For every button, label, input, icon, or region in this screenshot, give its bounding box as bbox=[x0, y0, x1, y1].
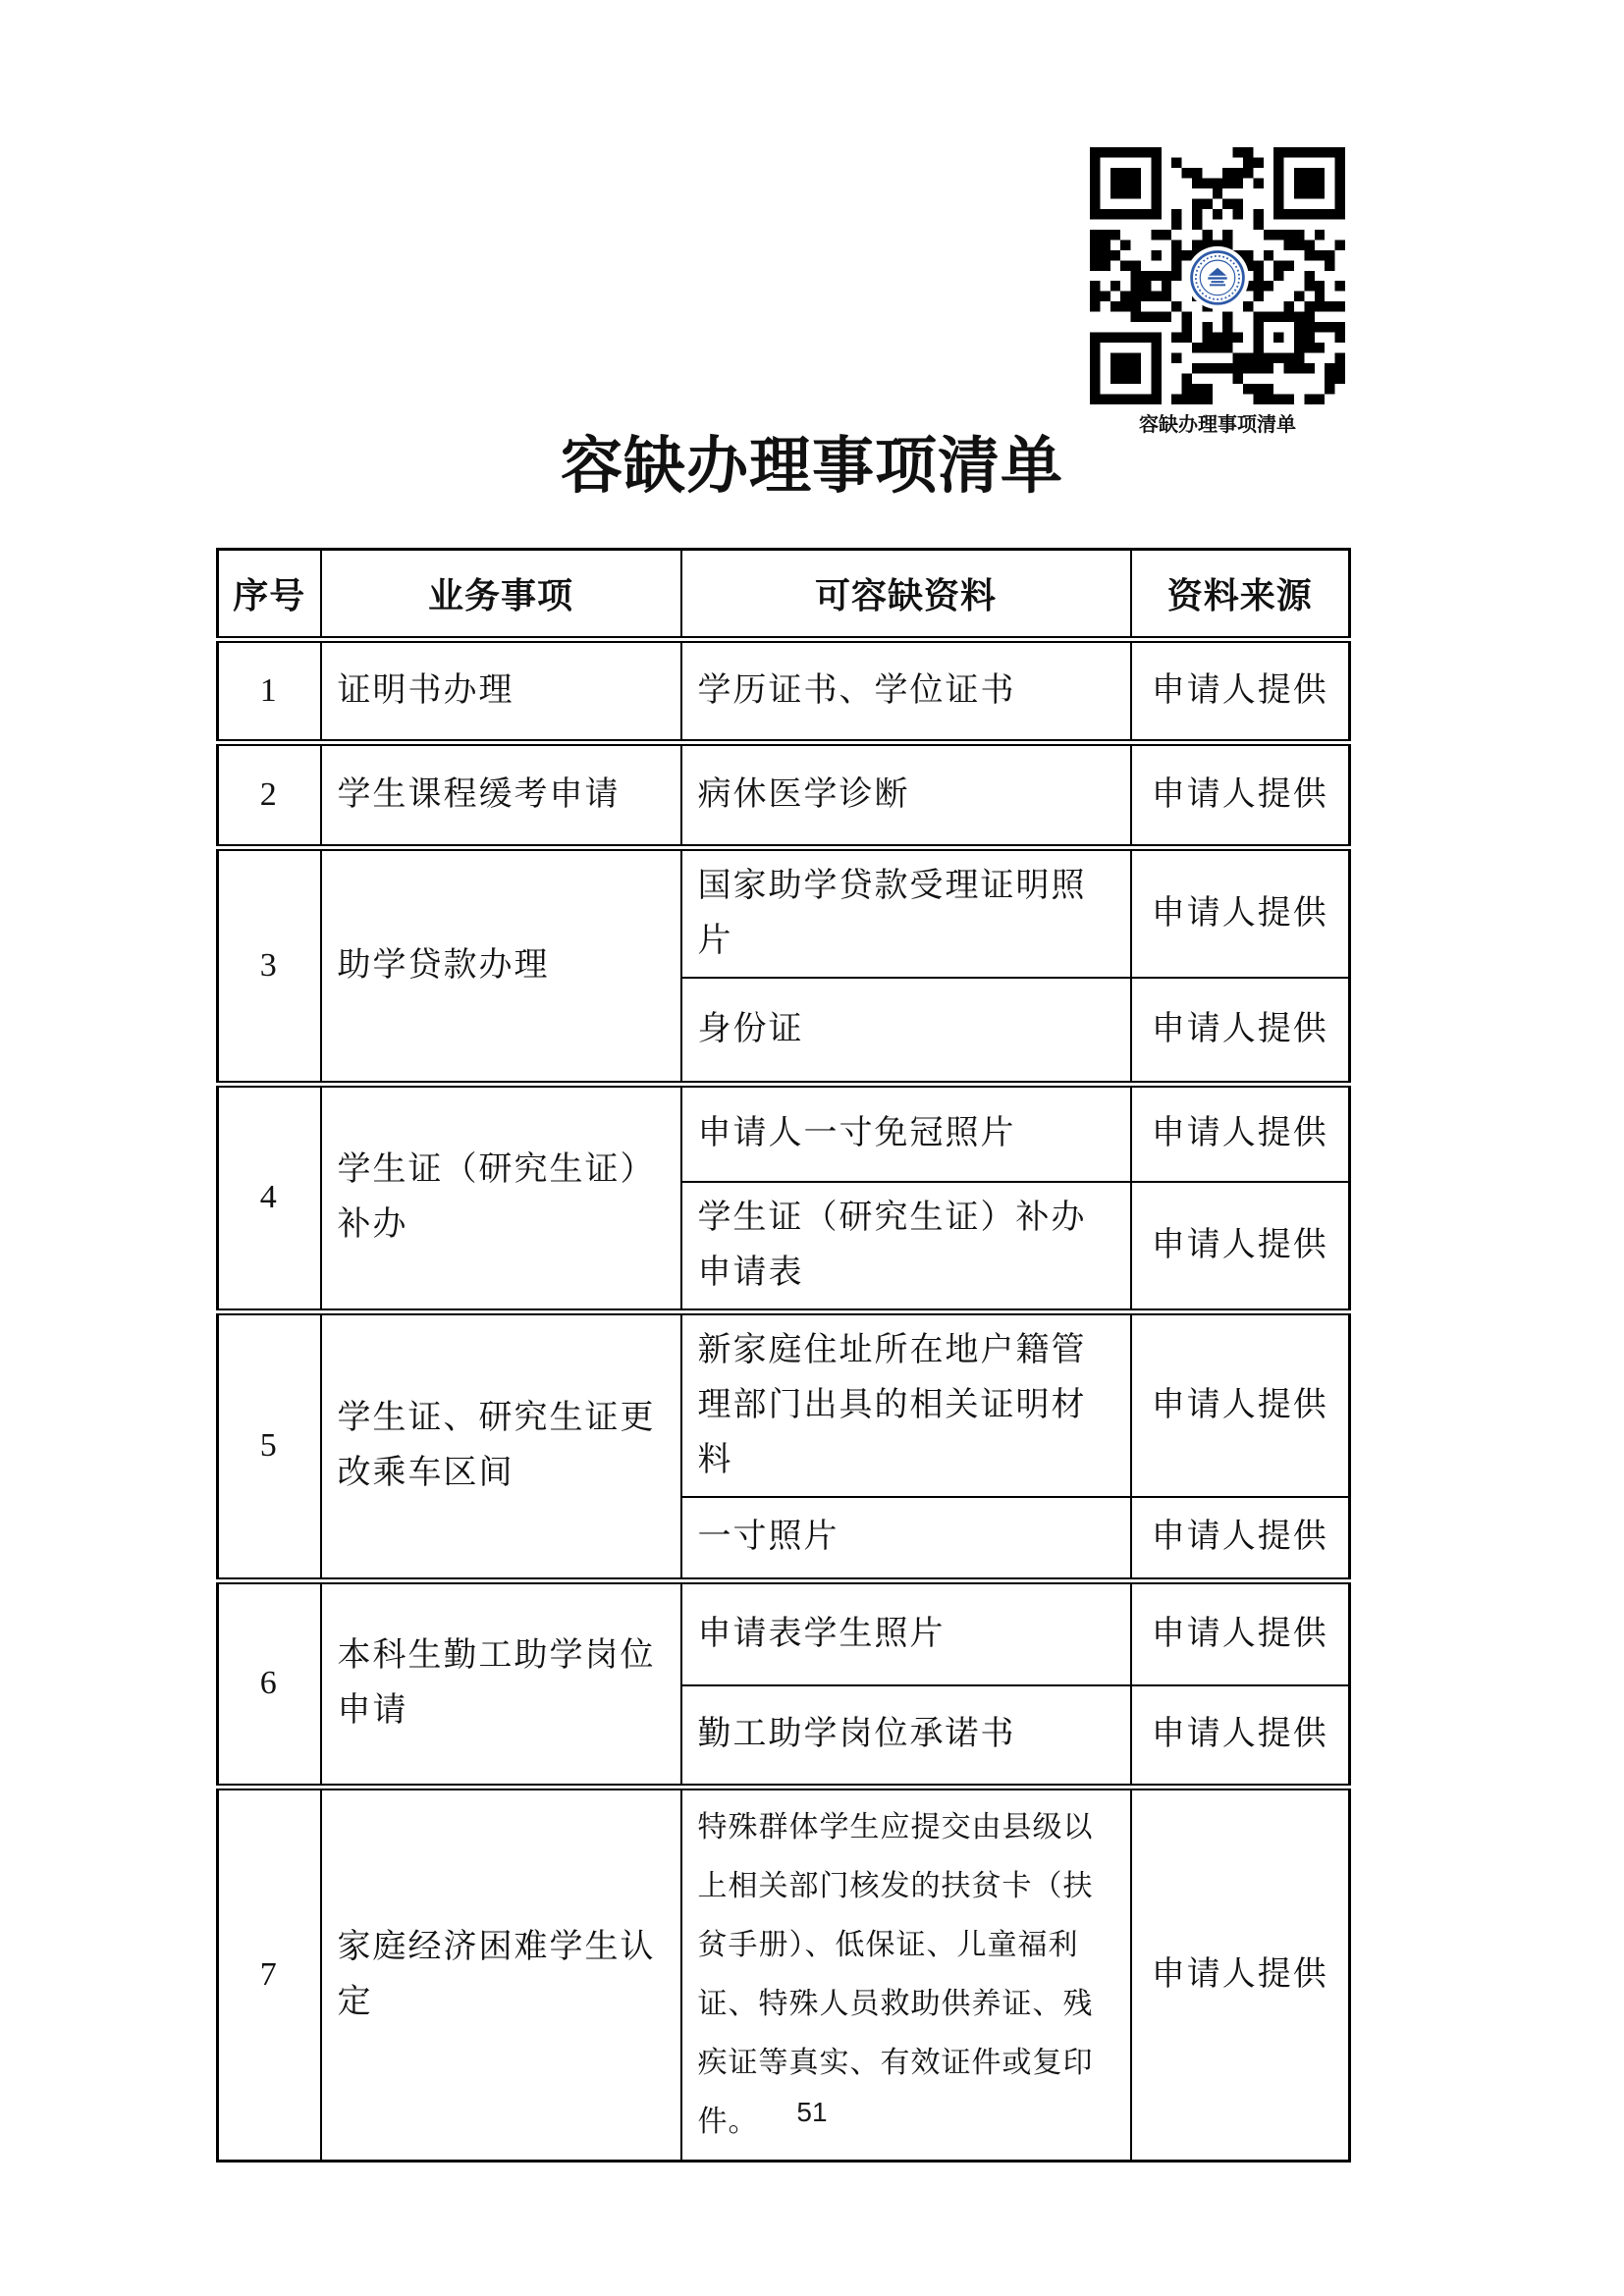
row-number-cell: 2 bbox=[218, 743, 321, 848]
business-item-cell: 本科生勤工助学岗位申请 bbox=[321, 1580, 681, 1787]
row-number-cell: 6 bbox=[218, 1580, 321, 1787]
items-table: 序号业务事项可容缺资料资料来源 1证明书办理学历证书、学位证书申请人提供2学生课… bbox=[216, 548, 1351, 2163]
table-header: 序号业务事项可容缺资料资料来源 bbox=[218, 550, 1350, 640]
qr-logo bbox=[1186, 246, 1249, 309]
material-cell: 申请表学生照片 bbox=[681, 1580, 1131, 1685]
source-cell: 申请人提供 bbox=[1131, 1685, 1350, 1787]
business-item-cell: 证明书办理 bbox=[321, 640, 681, 743]
qr-code bbox=[1090, 147, 1345, 404]
material-cell: 勤工助学岗位承诺书 bbox=[681, 1685, 1131, 1787]
business-item-cell: 学生证、研究生证更改乘车区间 bbox=[321, 1312, 681, 1581]
source-cell: 申请人提供 bbox=[1131, 743, 1350, 848]
column-header-0: 序号 bbox=[218, 550, 321, 640]
page-title: 容缺办理事项清单 bbox=[0, 416, 1624, 506]
source-cell: 申请人提供 bbox=[1131, 1182, 1350, 1312]
source-cell: 申请人提供 bbox=[1131, 640, 1350, 743]
business-item-cell: 学生课程缓考申请 bbox=[321, 743, 681, 848]
material-cell: 国家助学贷款受理证明照片 bbox=[681, 848, 1131, 979]
table-body: 1证明书办理学历证书、学位证书申请人提供2学生课程缓考申请病休医学诊断申请人提供… bbox=[218, 640, 1350, 2162]
material-cell: 一寸照片 bbox=[681, 1497, 1131, 1580]
material-cell: 学历证书、学位证书 bbox=[681, 640, 1131, 743]
source-cell: 申请人提供 bbox=[1131, 1312, 1350, 1498]
material-cell: 申请人一寸免冠照片 bbox=[681, 1084, 1131, 1182]
source-cell: 申请人提供 bbox=[1131, 848, 1350, 979]
row-number-cell: 4 bbox=[218, 1084, 321, 1312]
business-item-cell: 学生证（研究生证）补办 bbox=[321, 1084, 681, 1312]
source-cell: 申请人提供 bbox=[1131, 1580, 1350, 1685]
column-header-2: 可容缺资料 bbox=[681, 550, 1131, 640]
row-number-cell: 3 bbox=[218, 848, 321, 1085]
material-cell: 新家庭住址所在地户籍管理部门出具的相关证明材料 bbox=[681, 1312, 1131, 1498]
document-page: 容缺办理事项清单 容缺办理事项清单 序号业务事项可容缺资料资料来源 1证明书办理… bbox=[0, 0, 1624, 2296]
column-header-1: 业务事项 bbox=[321, 550, 681, 640]
row-number-cell: 5 bbox=[218, 1312, 321, 1581]
page-number: 51 bbox=[0, 2097, 1624, 2128]
source-cell: 申请人提供 bbox=[1131, 1084, 1350, 1182]
row-number-cell: 1 bbox=[218, 640, 321, 743]
material-cell: 身份证 bbox=[681, 978, 1131, 1084]
qr-block: 容缺办理事项清单 bbox=[1090, 147, 1345, 437]
university-seal-icon bbox=[1190, 250, 1245, 305]
material-cell: 病休医学诊断 bbox=[681, 743, 1131, 848]
source-cell: 申请人提供 bbox=[1131, 978, 1350, 1084]
column-header-3: 资料来源 bbox=[1131, 550, 1350, 640]
material-cell: 学生证（研究生证）补办申请表 bbox=[681, 1182, 1131, 1312]
source-cell: 申请人提供 bbox=[1131, 1497, 1350, 1580]
business-item-cell: 助学贷款办理 bbox=[321, 848, 681, 1085]
